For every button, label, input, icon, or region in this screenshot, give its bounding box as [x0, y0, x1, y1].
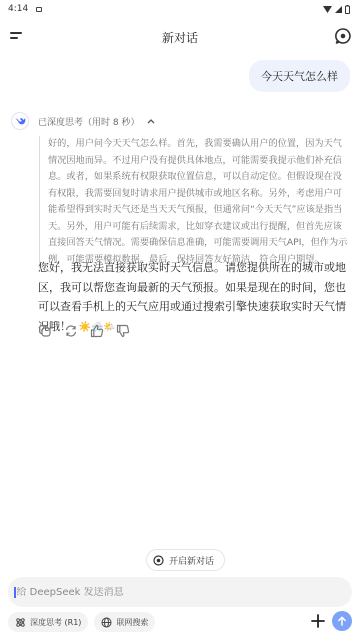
whale-logo-icon: [14, 117, 26, 126]
deep-think-label: 深度思考 (R1): [30, 617, 81, 628]
battery-icon: [345, 5, 350, 14]
regenerate-icon[interactable]: [64, 324, 78, 338]
status-bar: 4:14: [0, 0, 360, 18]
page-title: 新对话: [162, 29, 198, 46]
deep-think-toggle[interactable]: 深度思考 (R1): [8, 612, 88, 632]
chevron-up-icon: [147, 119, 155, 124]
message-input-container[interactable]: [8, 577, 352, 607]
web-search-toggle[interactable]: 联网搜索: [94, 612, 155, 632]
status-time: 4:14: [8, 4, 28, 14]
web-search-label: 联网搜索: [116, 617, 148, 628]
thumbs-up-icon[interactable]: [90, 324, 104, 338]
user-message-bubble: 今天天气怎么样: [249, 60, 350, 92]
attach-plus-icon[interactable]: [310, 613, 326, 629]
new-chat-icon: [153, 555, 164, 566]
thinking-toggle[interactable]: 已深度思考（用时 8 秒）: [38, 115, 155, 128]
new-chat-button[interactable]: 开启新对话: [146, 549, 225, 571]
thinking-label: 已深度思考（用时 8 秒）: [38, 115, 139, 128]
text-caret: [14, 587, 16, 598]
new-chat-label: 开启新对话: [169, 554, 214, 567]
app-header: 新对话: [0, 18, 360, 56]
new-chat-icon[interactable]: [334, 27, 352, 45]
arrow-up-icon: [337, 616, 347, 626]
deepseek-logo-avatar: [11, 112, 29, 130]
thumbs-down-icon[interactable]: [116, 324, 130, 338]
menu-button[interactable]: [10, 30, 24, 42]
copy-icon[interactable]: [38, 324, 52, 338]
thinking-content: 好的，用户问今天天气怎么样。首先，我需要确认用户的位置，因为天气情况因地而异。不…: [39, 136, 351, 268]
send-button[interactable]: [332, 611, 352, 631]
signal-icon: [335, 6, 342, 13]
notification-icon: [36, 7, 42, 12]
message-actions: [38, 324, 130, 338]
message-input[interactable]: [17, 587, 317, 598]
wifi-icon: [323, 6, 332, 13]
atom-icon: [15, 617, 26, 628]
composer-toolbar: 深度思考 (R1) 联网搜索: [8, 611, 352, 633]
globe-icon: [101, 617, 112, 628]
